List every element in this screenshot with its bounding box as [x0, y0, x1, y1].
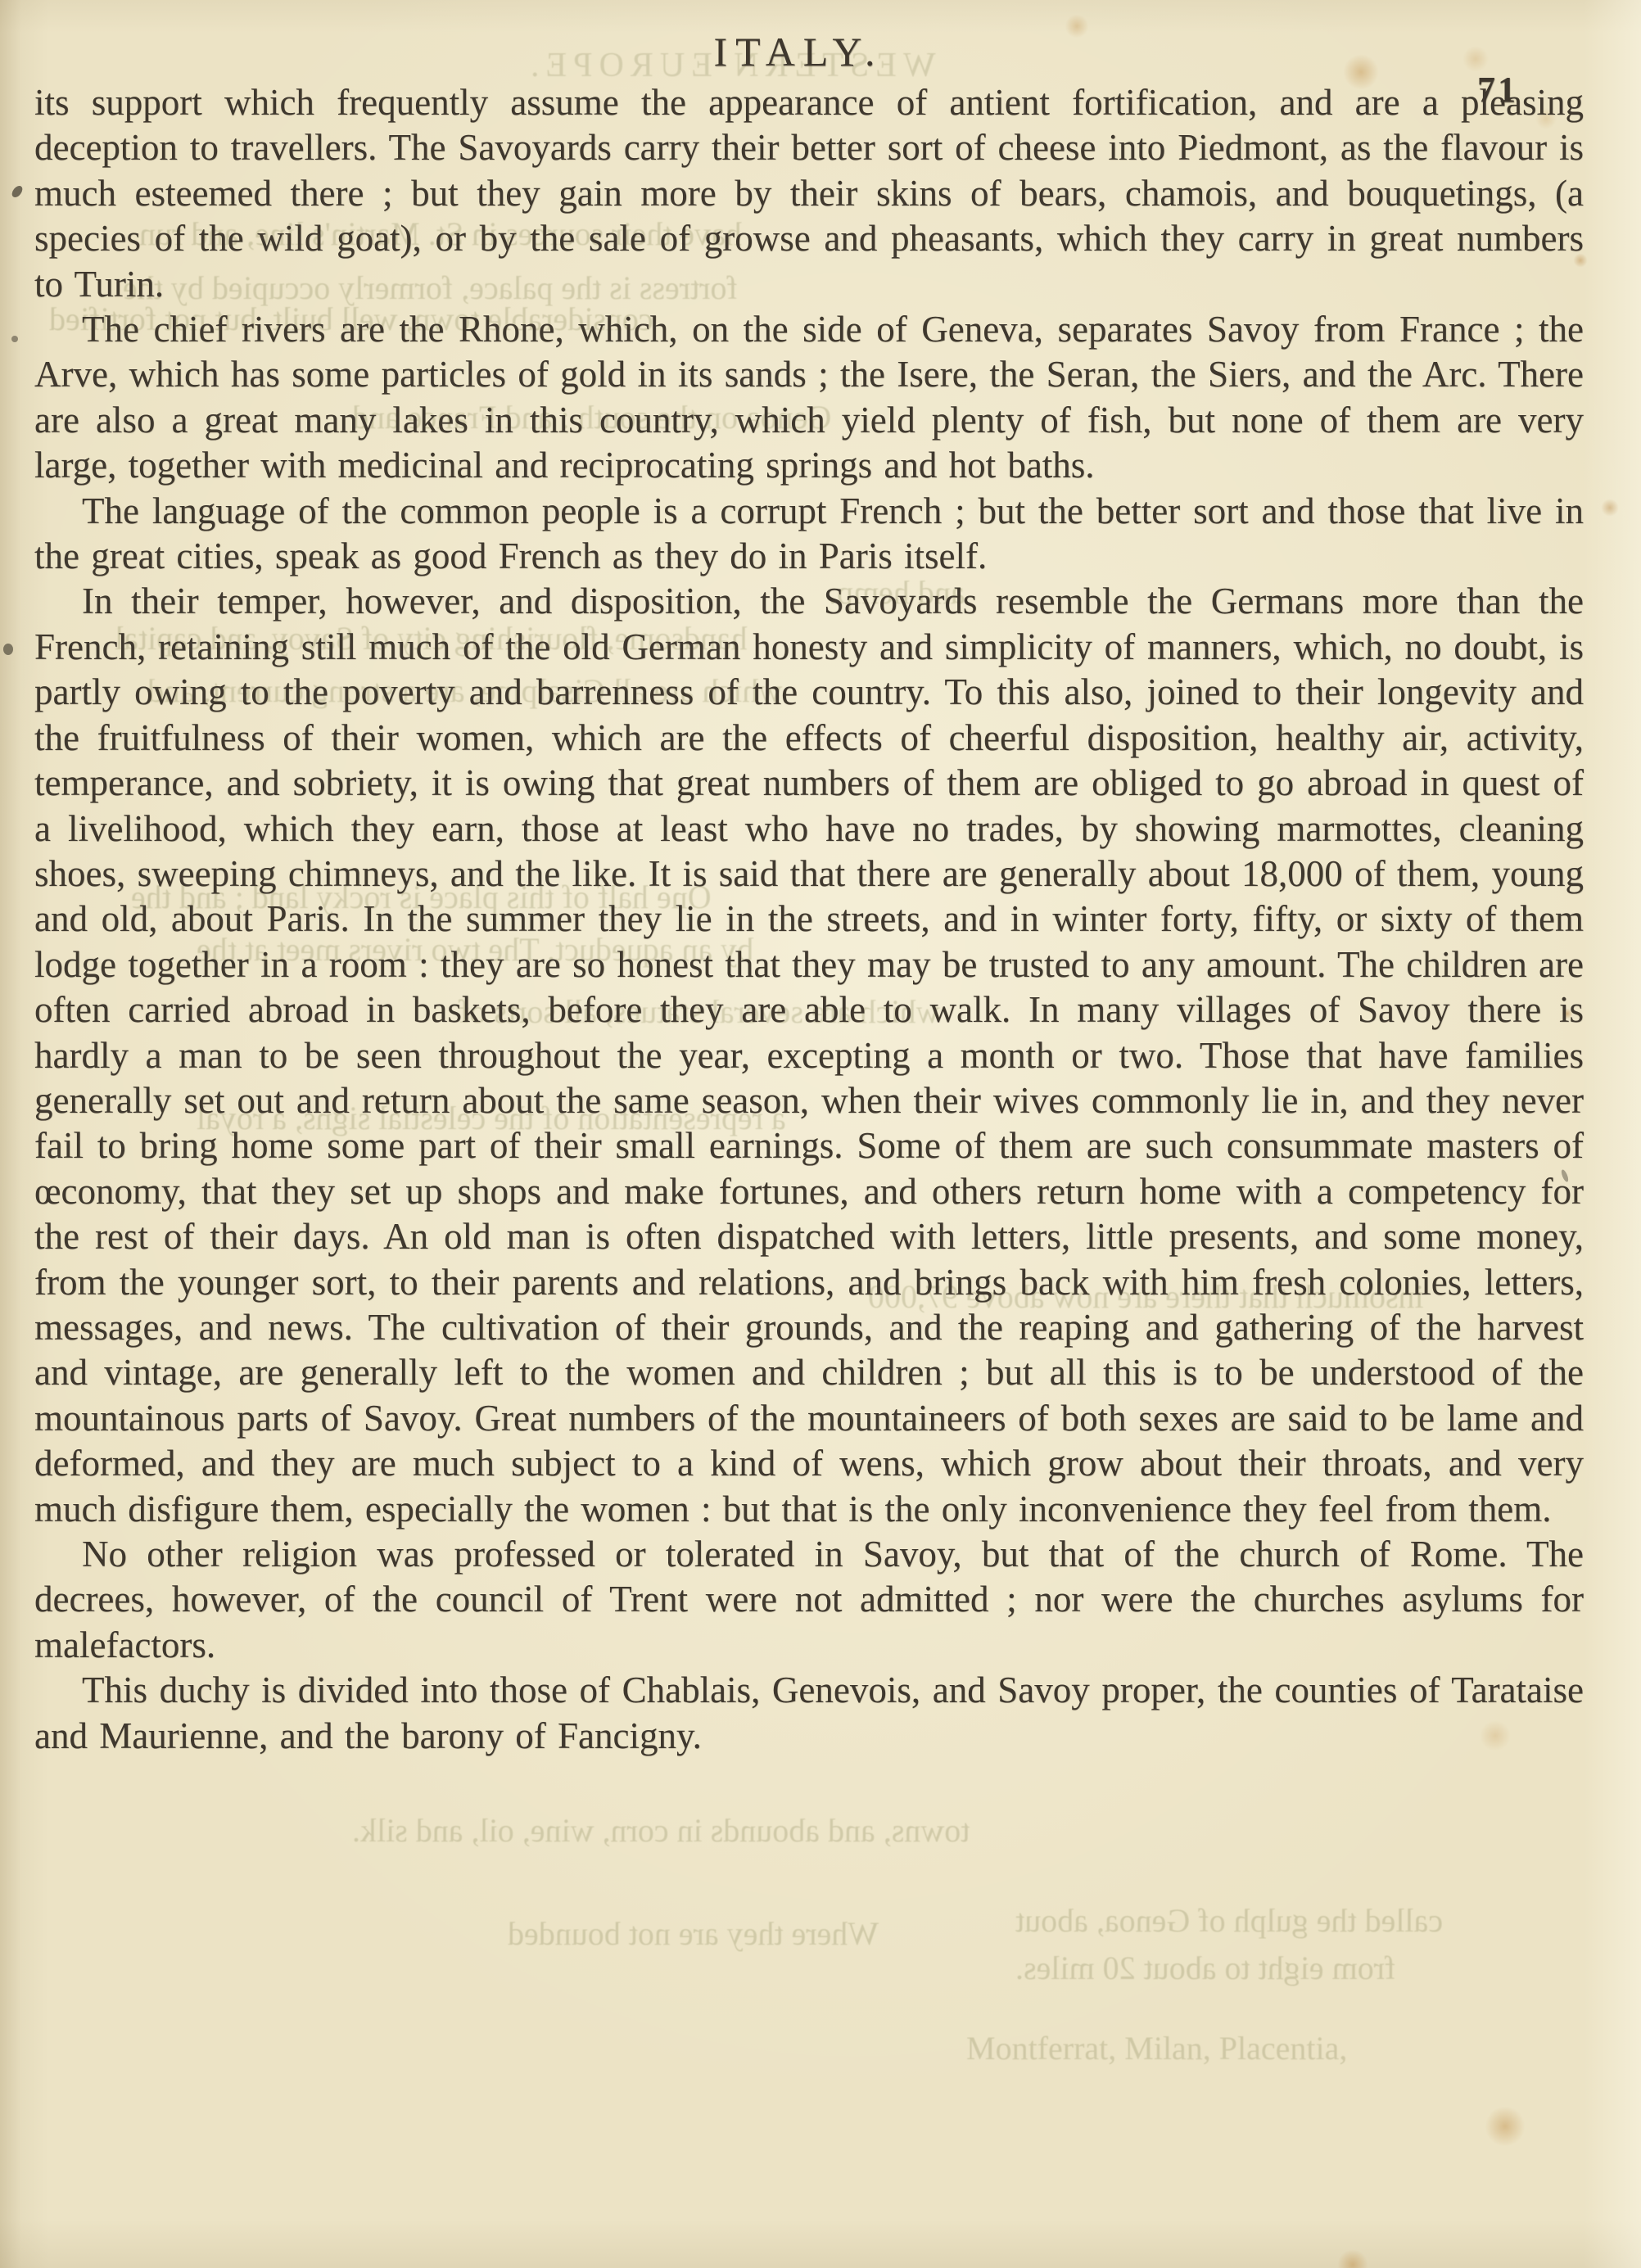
paragraph-divisions: This duchy is divided into those of Chab…	[34, 1668, 1584, 1759]
book-page: WESTERN EUROPE. have their sources in St…	[0, 0, 1641, 2268]
paragraph-religion: No other religion was professed or toler…	[34, 1532, 1584, 1668]
ghost-text: from eight to about 20 miles.	[1015, 1949, 1395, 1987]
paragraph-language: The language of the common people is a c…	[34, 489, 1584, 580]
ink-speck	[11, 336, 18, 342]
ink-speck	[10, 184, 25, 200]
ghost-text: towns, and abounds in corn, wine, oil, a…	[352, 1811, 970, 1850]
ghost-text: called the gulph of Genoa, about	[1015, 1901, 1443, 1940]
paragraph-temper: In their temper, however, and dispositio…	[34, 579, 1584, 1532]
page-text: its support which frequently assume the …	[34, 80, 1584, 1759]
ghost-text: Where they are not bounded	[508, 1914, 879, 1953]
paragraph-continuation: its support which frequently assume the …	[34, 80, 1584, 307]
ink-speck	[3, 644, 13, 655]
ghost-text: Montferrat, Milan, Placentia,	[966, 2029, 1347, 2067]
running-title: ITALY.	[0, 28, 1597, 75]
paragraph-rivers: The chief rivers are the Rhone, which, o…	[34, 307, 1584, 489]
